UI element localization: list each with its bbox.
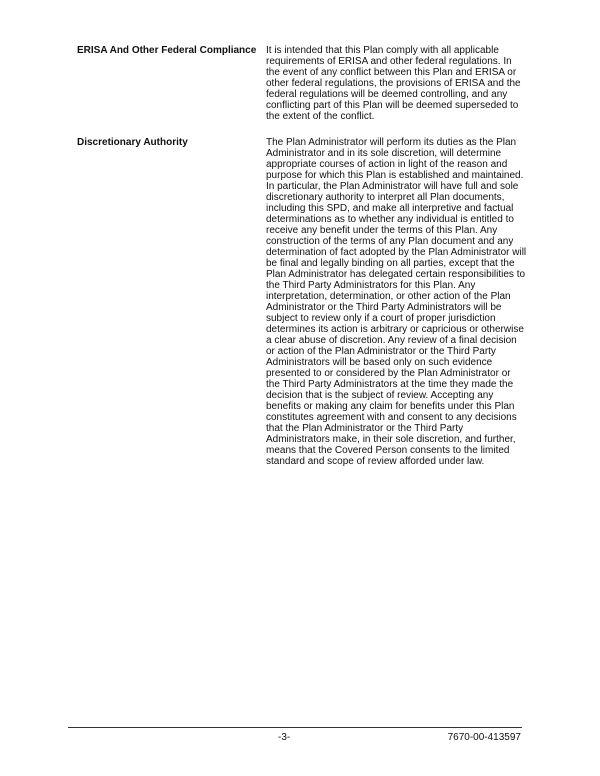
section-body: The Plan Administrator will perform its … (266, 137, 528, 467)
text-line: appropriate courses of action in light o… (266, 159, 528, 170)
text-line: federal regulations will be deemed contr… (266, 89, 528, 100)
section-heading: Discretionary Authority (77, 137, 262, 148)
text-line: presented to or considered by the Plan A… (266, 368, 528, 379)
text-line: standard and scope of review afforded un… (266, 456, 528, 467)
footer-divider (68, 727, 522, 728)
text-line: discretionary authority to interpret all… (266, 192, 528, 203)
text-line: benefits or making any claim for benefit… (266, 401, 528, 412)
page-number: -3- (278, 732, 290, 744)
text-line: a clear abuse of discretion. Any review … (266, 335, 528, 346)
section-heading: ERISA And Other Federal Compliance (77, 45, 262, 56)
text-line: determinations as to whether any individ… (266, 214, 528, 225)
text-line: receive any benefit under the terms of t… (266, 225, 528, 236)
text-line: In particular, the Plan Administrator wi… (266, 181, 528, 192)
text-line: including this SPD, and make all interpr… (266, 203, 528, 214)
text-line: The Plan Administrator will perform its … (266, 137, 528, 148)
text-line: decision that is the subject of review. … (266, 390, 528, 401)
text-line: the Third Party Administrators for this … (266, 280, 528, 291)
section-body: It is intended that this Plan comply wit… (266, 45, 528, 122)
text-line: the extent of the conflict. (266, 111, 528, 122)
text-line: Administrator and in its sole discretion… (266, 148, 528, 159)
text-line: the event of any conflict between this P… (266, 67, 528, 78)
text-line: Administrator or the Third Party Adminis… (266, 302, 528, 313)
text-line: the Third Party Administrators at the ti… (266, 379, 528, 390)
text-line: Plan Administrator has delegated certain… (266, 269, 528, 280)
text-line: construction of the terms of any Plan do… (266, 236, 528, 247)
text-line: It is intended that this Plan comply wit… (266, 45, 528, 56)
text-line: means that the Covered Person consents t… (266, 445, 528, 456)
text-line: subject to review only if a court of pro… (266, 313, 528, 324)
text-line: determines its action is arbitrary or ca… (266, 324, 528, 335)
text-line: requirements of ERISA and other federal … (266, 56, 528, 67)
text-line: Administrators will be based only on suc… (266, 357, 528, 368)
text-line: or action of the Plan Administrator or t… (266, 346, 528, 357)
text-line: that the Plan Administrator or the Third… (266, 423, 528, 434)
text-line: purpose for which this Plan is establish… (266, 170, 528, 181)
text-line: Administrators make, in their sole discr… (266, 434, 528, 445)
text-line: be final and legally binding on all part… (266, 258, 528, 269)
text-line: determination of fact adopted by the Pla… (266, 247, 528, 258)
text-line: other federal regulations, the provision… (266, 78, 528, 89)
text-line: interpretation, determination, or other … (266, 291, 528, 302)
document-id: 7670-00-413597 (448, 732, 521, 744)
text-line: conflicting part of this Plan will be de… (266, 100, 528, 111)
text-line: constitutes agreement with and consent t… (266, 412, 528, 423)
